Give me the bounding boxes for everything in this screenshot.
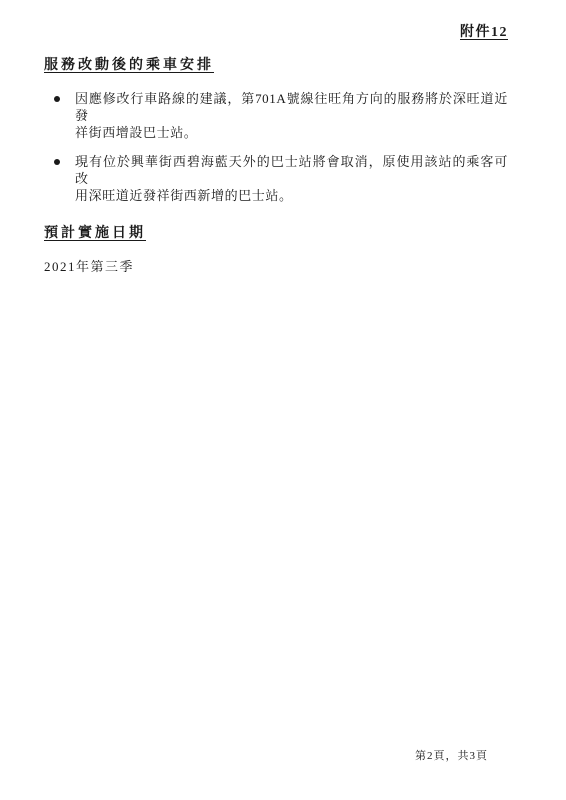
bullet-line: 祥街西增設巴士站。 bbox=[75, 124, 508, 141]
document-body: 服務改動後的乘車安排 因應修改行車路線的建議，第701A號線往旺角方向的服務將於… bbox=[44, 57, 508, 275]
appendix-label: 附件12 bbox=[460, 21, 508, 41]
bullet-list: 因應修改行車路線的建議，第701A號線往旺角方向的服務將於深旺道近發 祥街西增設… bbox=[44, 90, 508, 204]
bullet-line: 現有位於興華街西碧海藍天外的巴士站將會取消，原使用該站的乘客可改 bbox=[75, 153, 508, 187]
bullet-line: 用深旺道近發祥街西新增的巴士站。 bbox=[75, 187, 508, 204]
page-number: 第2頁，共3頁 bbox=[415, 749, 488, 764]
implementation-date-text: 2021年第三季 bbox=[44, 258, 508, 275]
bullet-icon bbox=[54, 159, 60, 165]
bullet-item-route-701a: 因應修改行車路線的建議，第701A號線往旺角方向的服務將於深旺道近發 祥街西增設… bbox=[44, 90, 508, 141]
bullet-line: 因應修改行車路線的建議，第701A號線往旺角方向的服務將於深旺道近發 bbox=[75, 90, 508, 124]
document-page: 附件12 服務改動後的乘車安排 因應修改行車路線的建議，第701A號線往旺角方向… bbox=[0, 0, 566, 800]
bullet-icon bbox=[54, 96, 60, 102]
implementation-date-heading: 預計實施日期 bbox=[44, 225, 508, 242]
service-arrangement-heading: 服務改動後的乘車安排 bbox=[44, 57, 508, 74]
bullet-item-stop-cancellation: 現有位於興華街西碧海藍天外的巴士站將會取消，原使用該站的乘客可改 用深旺道近發祥… bbox=[44, 153, 508, 204]
